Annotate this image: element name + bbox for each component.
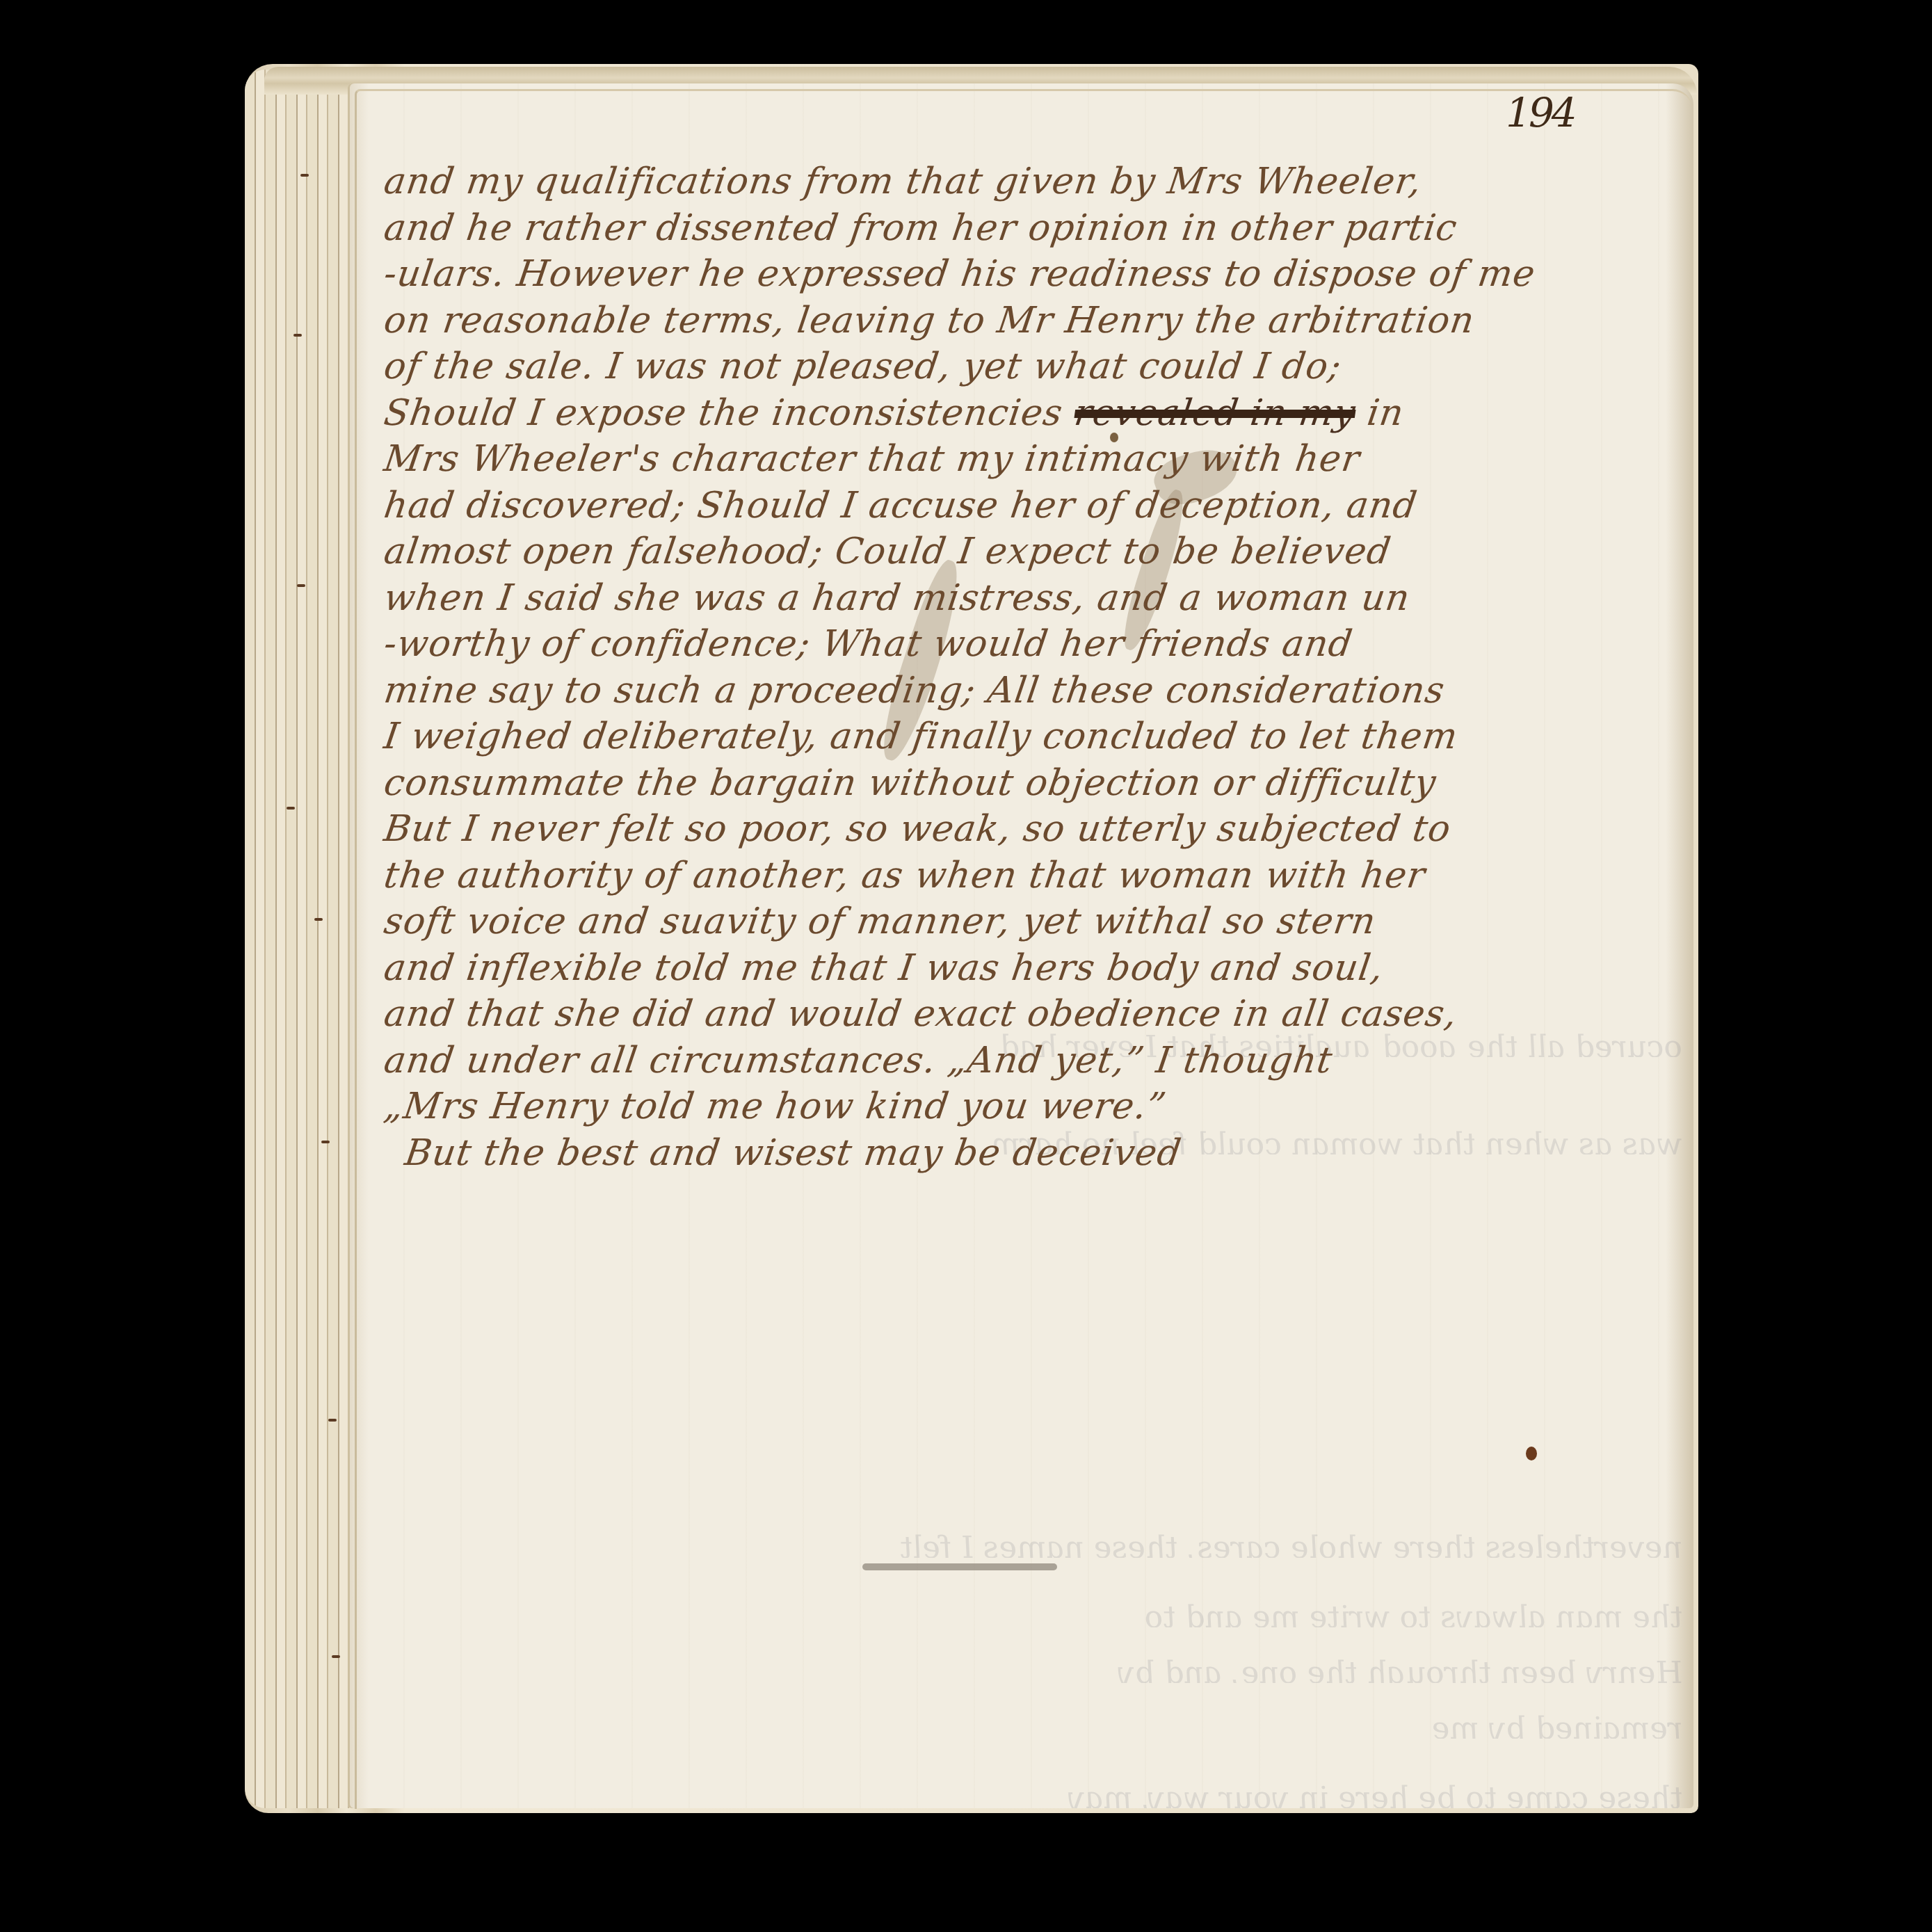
bleed-through-text: the man always to write me and to xyxy=(387,1600,1685,1627)
text-line-with-strikethrough: Should I expose the inconsistencies reve… xyxy=(381,390,1702,437)
text-line: Mrs Wheeler's character that my intimacy… xyxy=(381,436,1702,483)
margin-mark xyxy=(300,174,309,177)
text-line: the authority of another, as when that w… xyxy=(381,853,1702,899)
text-line: when I said she was a hard mistress, and… xyxy=(381,575,1702,622)
text-line: -ulars. However he expressed his readine… xyxy=(381,251,1702,298)
margin-mark xyxy=(332,1655,340,1658)
text-segment: Should I expose the inconsistencies xyxy=(381,392,1065,434)
text-line: -worthy of confidence; What would her fr… xyxy=(381,621,1702,668)
bleed-through-text: these came to be here in your way, may xyxy=(387,1780,1685,1808)
margin-mark xyxy=(328,1419,337,1422)
text-line: and he rather dissented from her opinion… xyxy=(381,205,1702,252)
margin-mark xyxy=(297,584,305,587)
text-line: mine say to such a proceeding; All these… xyxy=(381,668,1702,714)
ink-blot xyxy=(1526,1447,1537,1460)
margin-mark xyxy=(321,1141,330,1143)
text-line: on reasonable terms, leaving to Mr Henry… xyxy=(381,298,1702,344)
text-line: and under all circumstances. „And yet,” … xyxy=(381,1038,1702,1084)
text-line: I weighed deliberately, and finally conc… xyxy=(381,714,1702,760)
bleed-through-text: nevertheless there whole cares, these na… xyxy=(387,1530,1685,1558)
text-segment: in xyxy=(1365,392,1407,434)
text-line: and my qualifications from that given by… xyxy=(381,159,1702,205)
text-line: soft voice and suavity of manner, yet wi… xyxy=(381,899,1702,945)
text-line: and inflexible told me that I was hers b… xyxy=(381,945,1702,992)
text-line: But the best and wisest may be deceived xyxy=(381,1130,1702,1177)
text-line: consummate the bargain without objection… xyxy=(381,760,1702,807)
margin-mark xyxy=(314,918,323,921)
text-line: of the sale. I was not pleased, yet what… xyxy=(381,344,1702,390)
margin-mark xyxy=(293,334,302,337)
text-line: and that she did and would exact obedien… xyxy=(381,991,1702,1038)
bleed-through-text: Henry been through the one, and by xyxy=(387,1655,1685,1683)
page-number: 194 xyxy=(1506,89,1575,136)
bleed-through-text: remained by me xyxy=(387,1711,1685,1739)
page-stack-edges xyxy=(245,70,356,1808)
text-line: almost open falsehood; Could I expect to… xyxy=(381,529,1702,575)
margin-mark xyxy=(287,807,295,810)
text-line: But I never felt so poor, so weak, so ut… xyxy=(381,806,1702,853)
text-line: „Mrs Henry told me how kind you were.” xyxy=(381,1084,1702,1130)
text-line: had discovered; Should I accuse her of d… xyxy=(381,483,1702,529)
bleed-through-rule xyxy=(862,1563,1057,1570)
manuscript-text-body: and my qualifications from that given by… xyxy=(381,159,1696,1176)
struck-out-text: revealed in my xyxy=(1072,392,1358,434)
